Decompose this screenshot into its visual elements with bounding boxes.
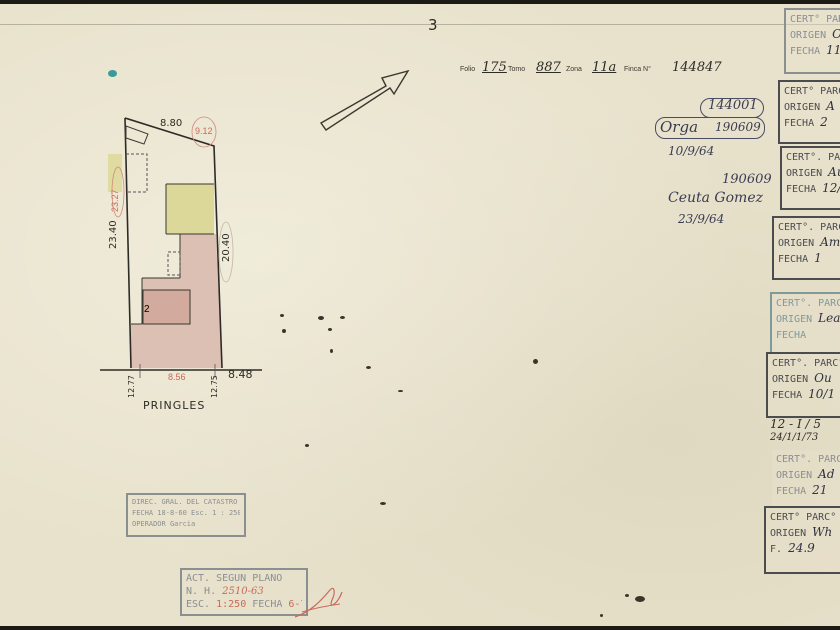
catastro-stamp: DIREC. GRAL. DEL CATASTRO FECHA 18-8-60 … bbox=[126, 493, 246, 537]
finca-value: 144847 bbox=[672, 60, 722, 75]
document-sheet: 3 Folio 175 Tomo 887 Zona 11a Finca N° 1… bbox=[0, 4, 840, 626]
stamp-title: CERT° PARC° bbox=[790, 12, 840, 27]
origen-value: Au bbox=[828, 165, 840, 179]
zona-label: Zona bbox=[566, 66, 582, 73]
annotation-name: Orga bbox=[660, 118, 698, 136]
stamp-title: CERT°. PARC° N bbox=[772, 356, 840, 371]
fecha-label: F. bbox=[770, 544, 782, 555]
origen-label: ORIGEN bbox=[790, 30, 826, 41]
origen-label: ORIGEN bbox=[776, 314, 812, 325]
ink-spot bbox=[108, 70, 117, 77]
origen-value: Ou bbox=[814, 371, 832, 385]
stamp-title: CERT°. PARC° bbox=[776, 296, 840, 311]
yellow-area-small bbox=[108, 154, 122, 192]
dim-top-alt: 9.12 bbox=[195, 126, 213, 136]
origen-value: Lea bbox=[818, 311, 840, 325]
fecha-label: FECHA bbox=[772, 390, 802, 401]
fold-line bbox=[0, 24, 840, 25]
fecha-value: 2 bbox=[820, 115, 828, 129]
circled-number: 144001 bbox=[708, 98, 758, 113]
tomo-value: 887 bbox=[536, 60, 561, 75]
sheet-number: 3 bbox=[428, 16, 438, 34]
fecha-value: 12/ bbox=[822, 181, 840, 195]
fecha-value: 21 bbox=[812, 483, 827, 497]
n-value: 2510-63 bbox=[222, 586, 264, 597]
dim-top: 8.80 bbox=[160, 118, 182, 129]
tomo-label: Tomo bbox=[508, 66, 525, 73]
origen-value: A bbox=[826, 99, 835, 113]
origen-value: O bbox=[832, 27, 840, 41]
fecha-label: FECHA bbox=[776, 486, 806, 497]
origen-value: Wh bbox=[812, 525, 832, 539]
building-label: 2 bbox=[144, 304, 150, 315]
dim-bottom: 8.56 bbox=[168, 372, 186, 382]
building-2 bbox=[143, 290, 190, 324]
scale-label: Esc. 1 : 250 bbox=[191, 509, 240, 517]
fecha-value: 24.9 bbox=[788, 541, 815, 555]
fecha-label: FECHA bbox=[778, 254, 808, 265]
cert-parc-stamp-4: CERT°. PARC° ORIGEN Am FECHA 1 bbox=[772, 216, 840, 280]
dim-right-street: 8.48 bbox=[228, 368, 253, 381]
fecha-value: 10/1 bbox=[808, 387, 835, 401]
yellow-area bbox=[166, 184, 214, 234]
origen-label: ORIGEN bbox=[770, 528, 806, 539]
operador-value: Garcia bbox=[170, 520, 195, 528]
dim-right-offset: 12.75 bbox=[210, 375, 219, 398]
esc-label: ESC. bbox=[186, 599, 210, 610]
esc-value: 1:250 bbox=[216, 599, 246, 610]
stamp-title: CERT° PARC° bbox=[770, 510, 840, 525]
dim-left-alt: 23.27 bbox=[110, 189, 120, 212]
folio-value: 175 bbox=[482, 60, 507, 75]
dim-left-offset: 12.77 bbox=[127, 375, 136, 398]
cert-parc-stamp-6: CERT°. PARC° N ORIGEN Ou FECHA 10/1 bbox=[766, 352, 840, 418]
margin-date-2: 24/1/1/73 bbox=[770, 432, 818, 443]
origen-label: ORIGEN bbox=[786, 168, 822, 179]
fecha-label: FECHA bbox=[784, 118, 814, 129]
annotation-date: 10/9/64 bbox=[668, 144, 714, 158]
margin-date-1: 12 - I / 5 bbox=[770, 417, 821, 431]
north-arrow-icon bbox=[318, 68, 413, 138]
origen-label: ORIGEN bbox=[772, 374, 808, 385]
annotation-number-2: 190609 bbox=[722, 172, 772, 187]
cert-parc-stamp-8: CERT° PARC° ORIGEN Wh F. 24.9 bbox=[764, 506, 840, 574]
dim-left: 23.40 bbox=[108, 220, 119, 249]
dim-right: 20.40 bbox=[221, 233, 232, 262]
origen-value: Am bbox=[820, 235, 840, 249]
origen-label: ORIGEN bbox=[776, 470, 812, 481]
annotation-number: 190609 bbox=[715, 120, 761, 134]
fecha-label: FECHA bbox=[252, 599, 282, 610]
cert-parc-stamp-7: CERT°. PARC° ORIGEN Ad FECHA 21 bbox=[772, 450, 840, 508]
cert-parc-stamp-3: CERT°. PARC° ORIGEN Au FECHA 12/ bbox=[780, 146, 840, 210]
cert-parc-stamp-1: CERT° PARC° ORIGEN O FECHA 11/ bbox=[784, 8, 840, 74]
catastro-title: DIREC. GRAL. DEL CATASTRO bbox=[132, 497, 240, 508]
origen-value: Ad bbox=[818, 467, 834, 481]
folio-label: Folio bbox=[460, 66, 475, 73]
cert-parc-stamp-2: CERT° PARC° ORIGEN A FECHA 2 bbox=[778, 80, 840, 144]
fecha-value: 11/ bbox=[826, 43, 840, 57]
act-plano-title: ACT. SEGUN PLANO bbox=[186, 572, 302, 585]
parcel-plan bbox=[100, 112, 270, 412]
fecha-label: FECHA bbox=[790, 46, 820, 57]
fecha-value: 18-8-60 bbox=[157, 509, 187, 517]
fecha-label: FECHA bbox=[786, 184, 816, 195]
red-signature-icon bbox=[290, 582, 350, 622]
finca-label: Finca N° bbox=[624, 66, 651, 73]
street-name: PRINGLES bbox=[143, 399, 205, 412]
fecha-label: FECHA bbox=[132, 509, 153, 517]
act-plano-stamp: ACT. SEGUN PLANO N. H. 2510-63 ESC. 1:25… bbox=[180, 568, 308, 616]
operador-label: OPERADOR bbox=[132, 520, 166, 528]
stamp-title: CERT°. PARC° bbox=[786, 150, 840, 165]
n-label: N. H. bbox=[186, 586, 216, 597]
fecha-label: FECHA bbox=[776, 330, 806, 341]
stamp-title: CERT° PARC° bbox=[784, 84, 840, 99]
fecha-value: 1 bbox=[814, 251, 822, 265]
origen-label: ORIGEN bbox=[784, 102, 820, 113]
origen-label: ORIGEN bbox=[778, 238, 814, 249]
signature-date: 23/9/64 bbox=[678, 212, 724, 226]
signature: Ceuta Gomez bbox=[668, 190, 763, 206]
header-line: Folio 175 Tomo 887 Zona 11a Finca N° 144… bbox=[460, 60, 760, 80]
stamp-title: CERT°. PARC° bbox=[776, 452, 840, 467]
stamp-title: CERT°. PARC° bbox=[778, 220, 840, 235]
cert-parc-stamp-5: CERT°. PARC° ORIGEN Lea FECHA bbox=[770, 292, 840, 354]
zona-value: 11a bbox=[592, 60, 616, 75]
